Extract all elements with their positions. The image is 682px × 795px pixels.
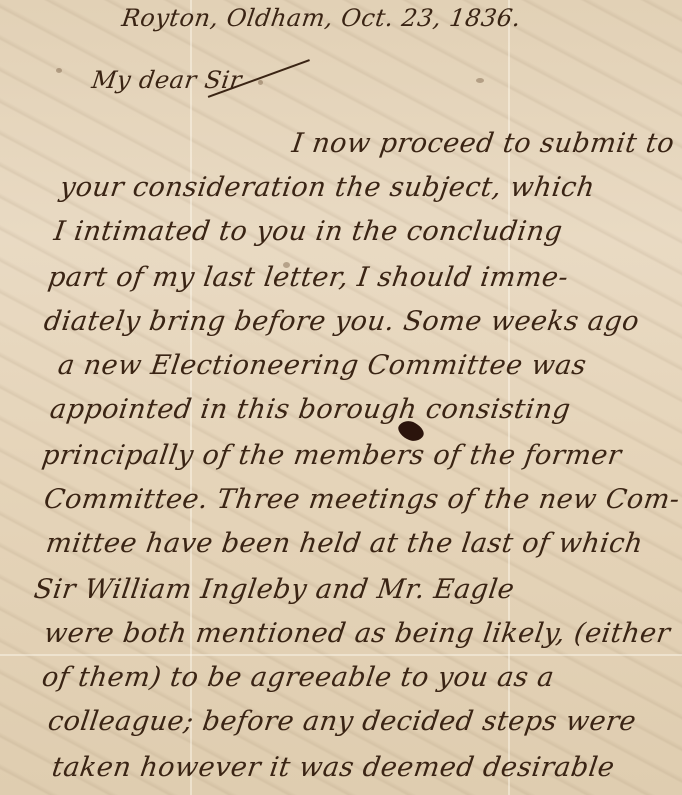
letter-line: taken however it was deemed desirable — [50, 752, 617, 783]
letter-line: colleague; before any decided steps were — [46, 706, 638, 737]
letter-line: diately bring before you. Some weeks ago — [42, 306, 641, 337]
ink-speck — [56, 68, 62, 73]
letter-line: Committee. Three meetings of the new Com… — [42, 484, 682, 515]
letter-line: part of my last letter, I should imme- — [46, 262, 570, 293]
letter-line: were both mentioned as being likely, (ei… — [42, 618, 672, 649]
letter-salutation: My dear Sir — [90, 66, 244, 94]
ink-speck — [476, 78, 484, 83]
ink-speck — [258, 80, 263, 85]
letter-line: appointed in this borough consisting — [48, 394, 573, 425]
letter-line: your consideration the subject, which — [58, 172, 597, 203]
letter-dateline: Royton, Oldham, Oct. 23, 1836. — [120, 4, 523, 32]
letter-line: Sir William Ingleby and Mr. Eagle — [32, 574, 516, 605]
paper-fold-horizontal — [0, 654, 682, 656]
letter-line: I now proceed to submit to — [290, 128, 676, 159]
letter-line: of them) to be agreeable to you as a — [40, 662, 556, 693]
letter-line: principally of the members of the former — [40, 440, 624, 471]
letter-line: a new Electioneering Committee was — [56, 350, 588, 381]
letter-line: mittee have been held at the last of whi… — [44, 528, 645, 559]
letter-line: I intimated to you in the concluding — [52, 216, 565, 247]
